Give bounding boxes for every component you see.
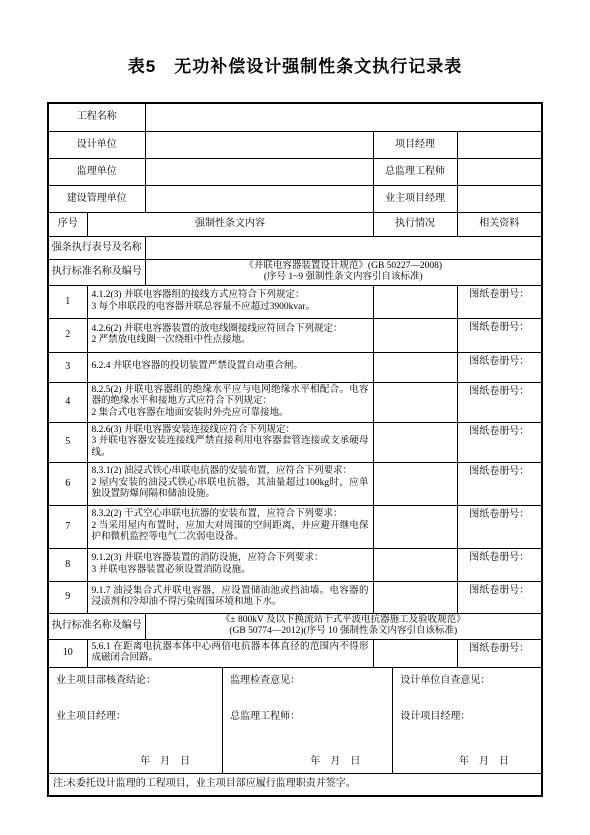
exec-table-label: 强条执行表号及名称 — [48, 236, 145, 259]
note-row: 注:未委托设计监理的工程项目，业主项目部应履行监理职责并签字。 — [48, 773, 542, 796]
exec-table-value — [145, 236, 542, 259]
row-related-cell: 图纸卷册号： — [457, 639, 542, 667]
provision-row-10: 10 5.6.1 在距离电抗器本体中心两倍电抗器本体直径的范围内不得形成磁闭合回… — [48, 639, 542, 667]
owner-date-label: 年 月 日 — [56, 756, 216, 768]
row-content: 9.1.2(3) 并联电容器装置的消防设施，应符合下列要求： 3 并联电容器装置… — [87, 548, 373, 581]
owner-review-opinion-label: 业主项目部核查结论： — [56, 675, 216, 687]
row-content: 4.2.6(2) 并联电容器装置的放电线圈接线应符回合下列规定： 2 严禁放电线… — [87, 318, 373, 352]
construction-mgmt-unit-label: 建设管理单位 — [48, 185, 145, 212]
row-seq: 7 — [48, 505, 87, 548]
design-selfcheck-opinion-label: 设计单位自查意见： — [400, 675, 535, 687]
footer-note: 注:未委托设计监理的工程项目，业主项目部应履行监理职责并签字。 — [48, 773, 542, 796]
provision-row-7: 7 8.3.2(2) 干式空心串联电抗器的安装布置，应符合下列要求： 2 当采用… — [48, 505, 542, 548]
row-execution-cell — [373, 285, 457, 318]
provision-row-5: 5 8.2.6(3) 并联电容器安装连接线应符合下列规定： 3 并联电容器安装连… — [48, 422, 542, 462]
record-form-table: 工程名称 设计单位 项目经理 监理单位 总监理工程师 建设管理单位 业主项目经理… — [47, 102, 543, 797]
supervision-date-label: 年 月 日 — [230, 756, 386, 768]
supervision-unit-row: 监理单位 总监理工程师 — [48, 158, 542, 185]
row-content: 8.3.2(2) 干式空心串联电抗器的安装布置，应符合下列要求： 2 当采用屋内… — [87, 505, 373, 548]
supervision-opinion-label: 监理检查意见： — [230, 675, 386, 687]
project-name-value — [145, 103, 542, 131]
row-execution-cell — [373, 581, 457, 613]
row-execution-cell — [373, 639, 457, 667]
column-header-row: 序号 强制性条文内容 执行情况 相关资料 — [48, 212, 542, 236]
row-related-cell: 图纸卷册号： — [457, 422, 542, 462]
column-header-seq: 序号 — [48, 212, 87, 236]
row-seq: 5 — [48, 422, 87, 462]
row-seq: 8 — [48, 548, 87, 581]
supervision-opinion-column: 监理检查意见： 总监理工程师： 年 月 日 — [223, 668, 393, 773]
row-content: 9.1.7 油浸集合式并联电容器，应设置储油池或挡油墙。电容器的浸渍剂和冷却油不… — [87, 581, 373, 613]
standard-2-value: 《± 800kV 及以下换流站干式平波电抗器施工及验收规范》 (GB 50774… — [145, 613, 542, 639]
standard-1-value: 《并联电容器装置设计规范》(GB 50227—2008) (序号 1~9 强制性… — [145, 259, 542, 285]
row-content: 8.2.5(2) 并联电容器组的绝缘水平应与电网绝缘水平相配合。电容器的绝缘水平… — [87, 382, 373, 422]
row-content: 5.6.1 在距离电抗器本体中心两倍电抗器本体直径的范围内不得形成磁闭合回路。 — [87, 639, 373, 667]
row-execution-cell — [373, 422, 457, 462]
row-content: 4.1.2(3) 并联电容器组的接线方式应符合下列规定： 3 每个串联段的电容器… — [87, 285, 373, 318]
row-related-cell: 图纸卷册号： — [457, 318, 542, 352]
supervision-unit-value — [145, 158, 373, 185]
row-related-cell: 图纸卷册号： — [457, 505, 542, 548]
design-unit-row: 设计单位 项目经理 — [48, 131, 542, 158]
provision-row-4: 4 8.2.5(2) 并联电容器组的绝缘水平应与电网绝缘水平相配合。电容器的绝缘… — [48, 382, 542, 422]
row-seq: 4 — [48, 382, 87, 422]
standard-1-line1: 《并联电容器装置设计规范》(GB 50227—2008) — [148, 261, 540, 273]
row-related-cell: 图纸卷册号： — [457, 352, 542, 382]
row-related-cell: 图纸卷册号： — [457, 382, 542, 422]
project-name-label: 工程名称 — [48, 103, 145, 131]
row-execution-cell — [373, 318, 457, 352]
provision-row-6: 6 8.3.1(2) 油浸式铁心串联电抗器的安装布置，应符合下列要求： 2 屋内… — [48, 462, 542, 505]
column-header-related: 相关资料 — [457, 212, 542, 236]
row-related-cell: 图纸卷册号： — [457, 548, 542, 581]
owner-project-manager-value — [457, 185, 542, 212]
document-page: { "page": { "title": "表5 无功补偿设计强制性条文执行记录… — [0, 0, 590, 835]
standard-2-row: 执行标准名称及编号 《± 800kV 及以下换流站干式平波电抗器施工及验收规范》… — [48, 613, 542, 639]
provision-row-9: 9 9.1.7 油浸集合式并联电容器，应设置储油池或挡油墙。电容器的浸渍剂和冷却… — [48, 581, 542, 613]
construction-mgmt-row: 建设管理单位 业主项目经理 — [48, 185, 542, 212]
chief-supervision-engineer-label: 总监理工程师 — [373, 158, 457, 185]
signature-section: 业主项目部核查结论： 业主项目经理： 年 月 日 监理检查意见： 总监理工程师：… — [48, 667, 542, 773]
column-header-content: 强制性条文内容 — [87, 212, 373, 236]
chief-supervision-engineer-value — [457, 158, 542, 185]
row-seq: 2 — [48, 318, 87, 352]
design-unit-label: 设计单位 — [48, 131, 145, 158]
row-related-cell: 图纸卷册号： — [457, 462, 542, 505]
construction-mgmt-unit-value — [145, 185, 373, 212]
row-execution-cell — [373, 505, 457, 548]
standard-1-row: 执行标准名称及编号 《并联电容器装置设计规范》(GB 50227—2008) (… — [48, 259, 542, 285]
row-seq: 1 — [48, 285, 87, 318]
provision-row-2: 2 4.2.6(2) 并联电容器装置的放电线圈接线应符回合下列规定： 2 严禁放… — [48, 318, 542, 352]
row-seq: 3 — [48, 352, 87, 382]
standard-1-line2: (序号 1~9 强制性条文内容引自该标准) — [148, 272, 540, 284]
standard-2-label: 执行标准名称及编号 — [48, 613, 145, 639]
project-name-row: 工程名称 — [48, 103, 542, 131]
row-seq: 10 — [48, 639, 87, 667]
row-content: 8.2.6(3) 并联电容器安装连接线应符合下列规定： 3 并联电容器安装连接线… — [87, 422, 373, 462]
row-related-cell: 图纸卷册号： — [457, 285, 542, 318]
project-manager-label: 项目经理 — [373, 131, 457, 158]
design-selfcheck-column: 设计单位自查意见： 设计项目经理： 年 月 日 — [393, 668, 541, 773]
chief-supervisor-signature-label: 总监理工程师： — [230, 711, 386, 723]
provision-row-3: 3 6.2.4 并联电容器的投切装置严禁设置自动重合闸。 图纸卷册号： — [48, 352, 542, 382]
row-content: 8.3.1(2) 油浸式铁心串联电抗器的安装布置，应符合下列要求： 2 屋内安装… — [87, 462, 373, 505]
signature-section-row: 业主项目部核查结论： 业主项目经理： 年 月 日 监理检查意见： 总监理工程师：… — [48, 667, 542, 773]
provision-row-1: 1 4.1.2(3) 并联电容器组的接线方式应符合下列规定： 3 每个串联段的电… — [48, 285, 542, 318]
provision-row-8: 8 9.1.2(3) 并联电容器装置的消防设施，应符合下列要求： 3 并联电容器… — [48, 548, 542, 581]
standard-2-line2: (GB 50774—2012)(序号 10 强制性条文内容引自该标准) — [148, 626, 540, 638]
column-header-execution: 执行情况 — [373, 212, 457, 236]
standard-2-line1: 《± 800kV 及以下换流站干式平波电抗器施工及验收规范》 — [148, 615, 540, 627]
owner-review-column: 业主项目部核查结论： 业主项目经理： 年 月 日 — [49, 668, 223, 773]
standard-1-label: 执行标准名称及编号 — [48, 259, 145, 285]
design-unit-value — [145, 131, 373, 158]
row-related-cell: 图纸卷册号： — [457, 581, 542, 613]
row-seq: 6 — [48, 462, 87, 505]
page-title: 表5 无功补偿设计强制性条文执行记录表 — [0, 0, 590, 77]
row-execution-cell — [373, 462, 457, 505]
project-manager-value — [457, 131, 542, 158]
supervision-unit-label: 监理单位 — [48, 158, 145, 185]
row-content: 6.2.4 并联电容器的投切装置严禁设置自动重合闸。 — [87, 352, 373, 382]
row-execution-cell — [373, 382, 457, 422]
row-seq: 9 — [48, 581, 87, 613]
owner-pm-signature-label: 业主项目经理： — [56, 711, 216, 723]
row-execution-cell — [373, 548, 457, 581]
exec-table-row: 强条执行表号及名称 — [48, 236, 542, 259]
owner-project-manager-label: 业主项目经理 — [373, 185, 457, 212]
design-date-label: 年 月 日 — [400, 756, 535, 768]
design-pm-signature-label: 设计项目经理： — [400, 711, 535, 723]
row-execution-cell — [373, 352, 457, 382]
